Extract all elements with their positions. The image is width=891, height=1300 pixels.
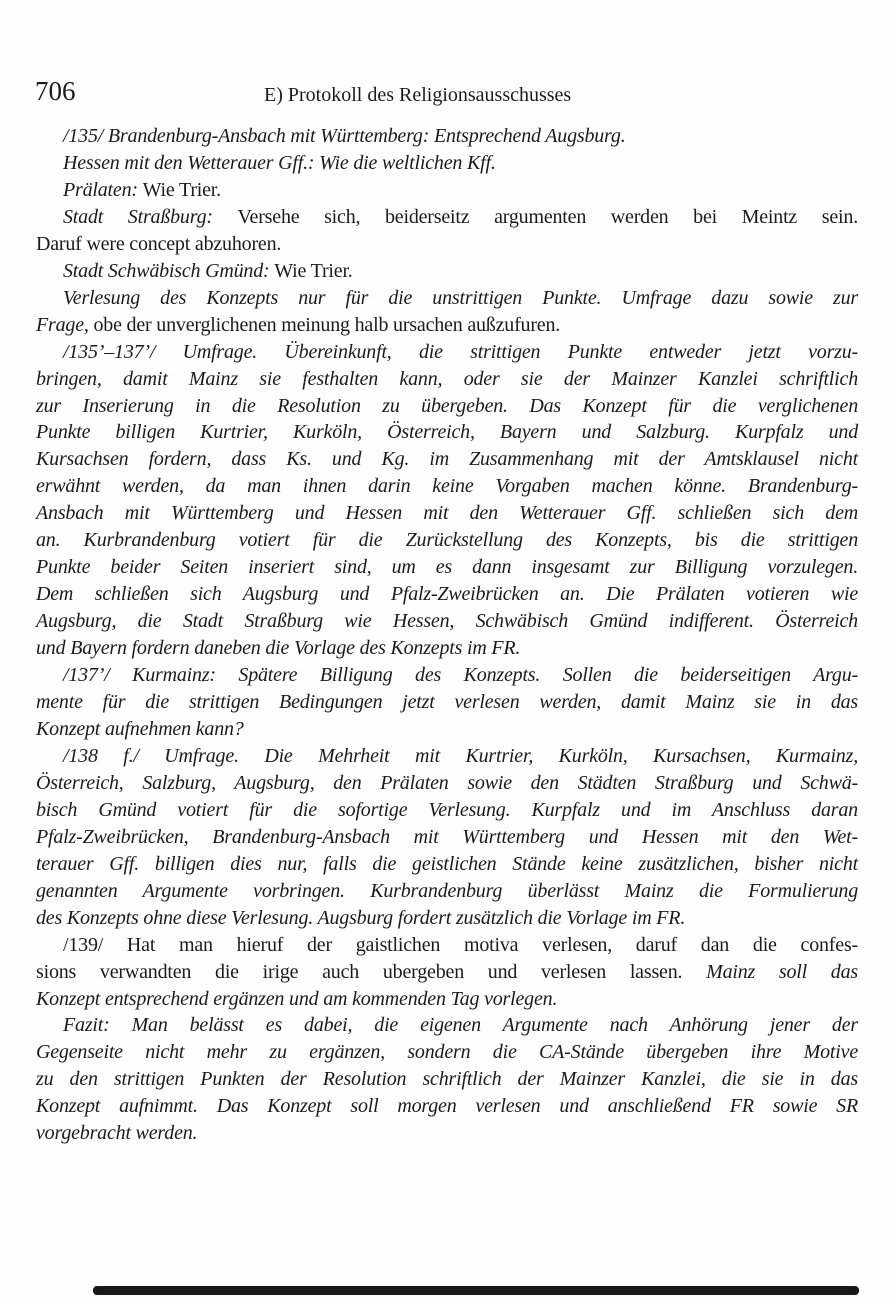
text-run: Gegenseite nicht mehr zu ergänzen, sonde… — [36, 1041, 858, 1063]
text-line: zur Inserierung in die Resolution zu übe… — [36, 393, 858, 420]
book-page: 706 E) Protokoll des Religionsausschusse… — [0, 0, 891, 1300]
text-line: /135/ Brandenburg-Ansbach mit Württember… — [36, 123, 858, 150]
text-run: Konzept aufnimmt. Das Konzept soll morge… — [36, 1095, 858, 1117]
text-run: Augsburg, die Stadt Straßburg wie Hessen… — [36, 610, 858, 632]
text-run: Punkte billigen Kurtrier, Kurköln, Öster… — [36, 421, 858, 443]
scan-artifact-bar — [93, 1286, 859, 1295]
text-run: genannten Argumente vorbringen. Kurbrand… — [36, 880, 858, 902]
text-run: Prälaten: — [63, 179, 143, 201]
text-run: Konzept entsprechend ergänzen und am kom… — [36, 988, 557, 1010]
text-line: Dem schließen sich Augsburg und Pfalz-Zw… — [36, 581, 858, 608]
paragraph: /135’–137’/ Umfrage. Übereinkunft, die s… — [36, 339, 858, 662]
text-line: Konzept aufnehmen kann? — [36, 716, 858, 743]
text-run: /137’/ Kurmainz: Spätere Billigung des K… — [63, 664, 858, 686]
text-line: Konzept aufnimmt. Das Konzept soll morge… — [36, 1093, 858, 1120]
text-run: Stadt Schwäbisch Gmünd: — [63, 260, 274, 282]
text-run: Fazit: Man belässt es dabei, die eigenen… — [63, 1014, 858, 1036]
text-line: Ansbach mit Württemberg und Hessen mit d… — [36, 500, 858, 527]
text-line: Augsburg, die Stadt Straßburg wie Hessen… — [36, 608, 858, 635]
text-run: Frage, — [36, 314, 93, 336]
text-line: Kursachsen fordern, dass Ks. und Kg. im … — [36, 446, 858, 473]
text-line: vorgebracht werden. — [36, 1120, 858, 1147]
text-line: an. Kurbrandenburg votiert für die Zurüc… — [36, 527, 858, 554]
text-line: und Bayern fordern daneben die Vorlage d… — [36, 635, 858, 662]
text-line: bringen, damit Mainz sie festhalten kann… — [36, 366, 858, 393]
text-line: /137’/ Kurmainz: Spätere Billigung des K… — [36, 662, 858, 689]
text-line: Fazit: Man belässt es dabei, die eigenen… — [36, 1012, 858, 1039]
text-line: /135’–137’/ Umfrage. Übereinkunft, die s… — [36, 339, 858, 366]
text-run: /138 f./ Umfrage. Die Mehrheit mit Kurtr… — [63, 745, 858, 767]
text-line: Prälaten: Wie Trier. — [36, 177, 858, 204]
text-run: Pfalz-Zweibrücken, Brandenburg-Ansbach m… — [36, 826, 858, 848]
text-line: Frage, obe der unverglichenen meinung ha… — [36, 312, 858, 339]
text-line: des Konzepts ohne diese Verlesung. Augsb… — [36, 905, 858, 932]
text-line: bisch Gmünd votiert für die sofortige Ve… — [36, 797, 858, 824]
text-line: Pfalz-Zweibrücken, Brandenburg-Ansbach m… — [36, 824, 858, 851]
paragraph: Stadt Straßburg: Versehe sich, beidersei… — [36, 204, 858, 258]
running-header: E) Protokoll des Religionsausschusses — [264, 83, 571, 107]
text-line: Daruf were concept abzuhoren. — [36, 231, 858, 258]
text-line: Verlesung des Konzepts nur für die unstr… — [36, 285, 858, 312]
text-run: Kursachsen fordern, dass Ks. und Kg. im … — [36, 448, 858, 470]
paragraph: Prälaten: Wie Trier. — [36, 177, 858, 204]
text-line: Punkte beider Seiten inseriert sind, um … — [36, 554, 858, 581]
text-run: und Bayern fordern daneben die Vorlage d… — [36, 637, 520, 659]
text-run: zur Inserierung in die Resolution zu übe… — [36, 395, 858, 417]
text-run: an. Kurbrandenburg votiert für die Zurüc… — [36, 529, 858, 551]
paragraph: Stadt Schwäbisch Gmünd: Wie Trier. — [36, 258, 858, 285]
text-run: /135/ Brandenburg-Ansbach mit Württember… — [63, 125, 626, 147]
text-line: Stadt Straßburg: Versehe sich, beidersei… — [36, 204, 858, 231]
text-run: Verlesung des Konzepts nur für die unstr… — [63, 287, 858, 309]
text-line: Punkte billigen Kurtrier, Kurköln, Öster… — [36, 419, 858, 446]
text-run: sions verwandten die irige auch ubergebe… — [36, 961, 706, 983]
paragraph: /135/ Brandenburg-Ansbach mit Württember… — [36, 123, 858, 150]
paragraph: /138 f./ Umfrage. Die Mehrheit mit Kurtr… — [36, 743, 858, 932]
text-run: Wie Trier. — [143, 179, 221, 201]
text-line: mente für die strittigen Bedingungen jet… — [36, 689, 858, 716]
text-line: terauer Gff. billigen dies nur, falls di… — [36, 851, 858, 878]
text-run: Wie Trier. — [274, 260, 352, 282]
paragraph: /137’/ Kurmainz: Spätere Billigung des K… — [36, 662, 858, 743]
text-run: vorgebracht werden. — [36, 1122, 197, 1144]
text-run: zu den strittigen Punkten der Resolution… — [36, 1068, 858, 1090]
text-run: Ansbach mit Württemberg und Hessen mit d… — [36, 502, 858, 524]
text-run: /139/ Hat man hieruf der gaistlichen mot… — [63, 934, 858, 956]
text-run: bisch Gmünd votiert für die sofortige Ve… — [36, 799, 858, 821]
text-run: Österreich, Salzburg, Augsburg, den Präl… — [36, 772, 858, 794]
text-run: Stadt Straßburg: — [63, 206, 238, 228]
text-line: genannten Argumente vorbringen. Kurbrand… — [36, 878, 858, 905]
text-line: Hessen mit den Wetterauer Gff.: Wie die … — [36, 150, 858, 177]
text-line: Österreich, Salzburg, Augsburg, den Präl… — [36, 770, 858, 797]
text-run: bringen, damit Mainz sie festhalten kann… — [36, 368, 858, 390]
text-run: obe der unverglichenen meinung halb ursa… — [93, 314, 560, 336]
text-line: Gegenseite nicht mehr zu ergänzen, sonde… — [36, 1039, 858, 1066]
text-run: /135’–137’/ Umfrage. Übereinkunft, die s… — [63, 341, 858, 363]
text-line: Stadt Schwäbisch Gmünd: Wie Trier. — [36, 258, 858, 285]
text-line: /138 f./ Umfrage. Die Mehrheit mit Kurtr… — [36, 743, 858, 770]
text-run: mente für die strittigen Bedingungen jet… — [36, 691, 858, 713]
paragraph: Verlesung des Konzepts nur für die unstr… — [36, 285, 858, 339]
text-line: zu den strittigen Punkten der Resolution… — [36, 1066, 858, 1093]
text-run: terauer Gff. billigen dies nur, falls di… — [36, 853, 858, 875]
text-run: Daruf were concept abzuhoren. — [36, 233, 281, 255]
text-run: Hessen mit den Wetterauer Gff.: Wie die … — [63, 152, 496, 174]
text-block: /135/ Brandenburg-Ansbach mit Württember… — [36, 123, 858, 1147]
paragraph: Fazit: Man belässt es dabei, die eigenen… — [36, 1012, 858, 1147]
text-line: sions verwandten die irige auch ubergebe… — [36, 959, 858, 986]
paragraph: Hessen mit den Wetterauer Gff.: Wie die … — [36, 150, 858, 177]
text-run: Mainz soll das — [706, 961, 858, 983]
text-run: des Konzepts ohne diese Verlesung. Augsb… — [36, 907, 685, 929]
page-number: 706 — [35, 76, 76, 106]
text-line: Konzept entsprechend ergänzen und am kom… — [36, 986, 858, 1013]
paragraph: /139/ Hat man hieruf der gaistlichen mot… — [36, 932, 858, 1013]
text-line: /139/ Hat man hieruf der gaistlichen mot… — [36, 932, 858, 959]
text-run: erwähnt werden, da man ihnen darin keine… — [36, 475, 858, 497]
text-run: Dem schließen sich Augsburg und Pfalz-Zw… — [36, 583, 858, 605]
text-run: Versehe sich, beiderseitz argumenten wer… — [238, 206, 858, 228]
text-line: erwähnt werden, da man ihnen darin keine… — [36, 473, 858, 500]
text-run: Konzept aufnehmen kann? — [36, 718, 244, 740]
text-run: Punkte beider Seiten inseriert sind, um … — [36, 556, 858, 578]
